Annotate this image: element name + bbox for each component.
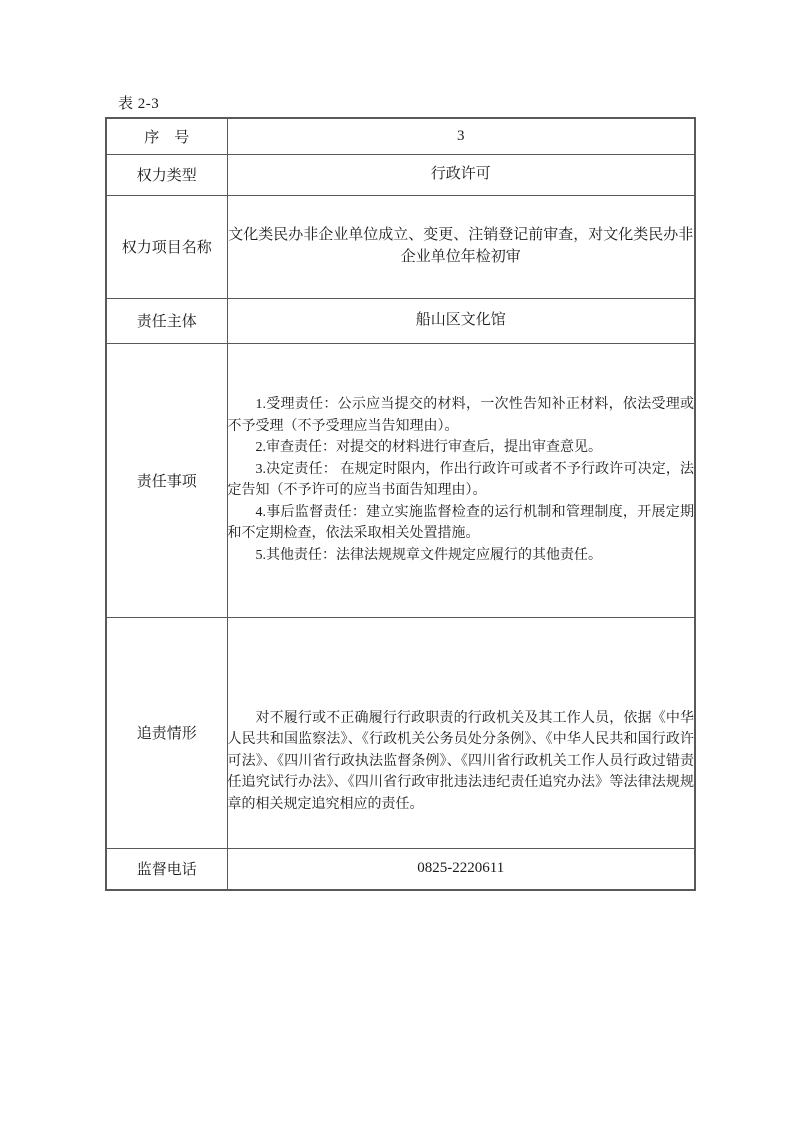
duty-item-supervision: 4.事后监督责任：建立实施监督检查的运行机制和管理制度，开展定期和不定期检查，依… (228, 502, 695, 545)
duty-item-decision: 3.决定责任： 在规定时限内，作出行政许可或者不予行政许可决定，法定告知（不予许… (228, 459, 695, 502)
duty-item-other: 5.其他责任：法律法规规章文件规定应履行的其他责任。 (228, 545, 695, 567)
duty-item-acceptance: 1.受理责任：公示应当提交的材料，一次性告知补正材料，依法受理或不予受理（不予受… (228, 394, 695, 437)
row-power-item-name: 权力项目名称 文化类民办非企业单位成立、变更、注销登记前审查，对文化类民办非企业… (106, 195, 695, 298)
row-value: 船山区文化馆 (227, 298, 695, 343)
row-responsibility-items: 责任事项 1.受理责任：公示应当提交的材料，一次性告知补正材料，依法受理或不予受… (106, 343, 695, 617)
responsibility-table: 序 号 3 权力类型 行政许可 权力项目名称 文化类民办非企业单位成立、变更、注… (105, 117, 696, 891)
row-value: 行政许可 (227, 154, 695, 195)
row-label: 责任主体 (106, 298, 227, 343)
row-serial-number: 序 号 3 (106, 118, 695, 154)
row-responsible-entity: 责任主体 船山区文化馆 (106, 298, 695, 343)
row-value: 对不履行或不正确履行行政职责的行政机关及其工作人员，依据《中华人民共和国监察法》… (227, 617, 695, 848)
row-supervision-phone: 监督电话 0825-2220611 (106, 848, 695, 890)
row-value: 3 (227, 118, 695, 154)
row-power-type: 权力类型 行政许可 (106, 154, 695, 195)
row-value: 文化类民办非企业单位成立、变更、注销登记前审查，对文化类民办非企业单位年检初审 (227, 195, 695, 298)
row-value: 1.受理责任：公示应当提交的材料，一次性告知补正材料，依法受理或不予受理（不予受… (227, 343, 695, 617)
row-label: 序 号 (106, 118, 227, 154)
table-caption: 表 2-3 (118, 92, 159, 113)
row-label: 权力项目名称 (106, 195, 227, 298)
duty-item-review: 2.审查责任：对提交的材料进行审查后，提出审查意见。 (228, 437, 695, 459)
row-label: 责任事项 (106, 343, 227, 617)
row-label: 权力类型 (106, 154, 227, 195)
row-label: 追责情形 (106, 617, 227, 848)
accountability-paragraph: 对不履行或不正确履行行政职责的行政机关及其工作人员，依据《中华人民共和国监察法》… (228, 708, 695, 816)
row-accountability-situations: 追责情形 对不履行或不正确履行行政职责的行政机关及其工作人员，依据《中华人民共和… (106, 617, 695, 848)
document-page: 表 2-3 序 号 3 权力类型 行政许可 权力项目名称 文化类民办非企业单位成… (0, 0, 793, 1122)
row-label: 监督电话 (106, 848, 227, 890)
row-value: 0825-2220611 (227, 848, 695, 890)
